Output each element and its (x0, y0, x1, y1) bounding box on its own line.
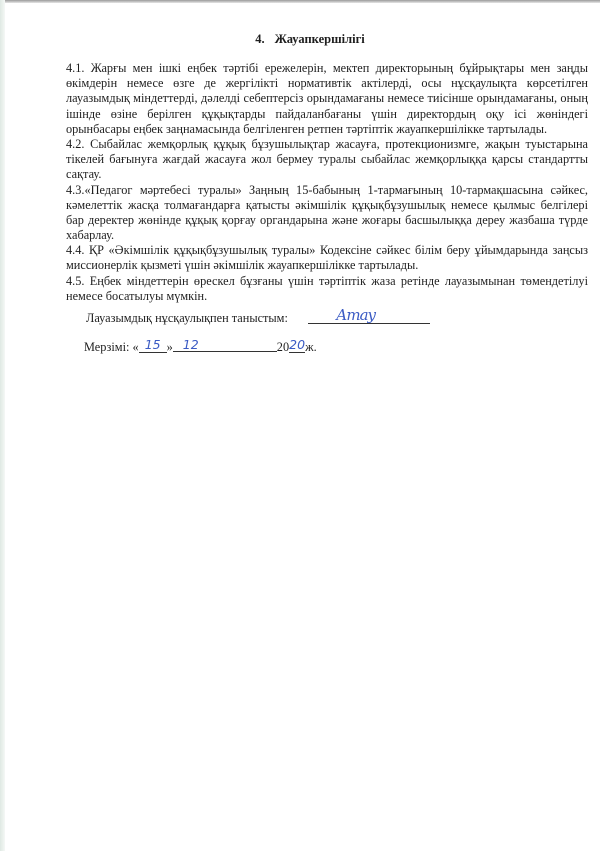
body-line: ішінде өзіне берілген құқықтарды пайдала… (66, 107, 588, 122)
date-label: Мерзімі: « (84, 340, 139, 354)
body-line: немесе босатылуы мүмкін. (66, 289, 588, 304)
date-year-prefix: 20 (277, 340, 289, 354)
date-year-value: 20 (289, 337, 305, 352)
body-line: лауазымдық міндеттерді, дәлелді себептер… (66, 91, 588, 106)
section-body: 4.1. Жарғы мен ішкі еңбек тәртібі ережел… (66, 61, 588, 304)
body-line: миссионерлік қызметі үшін әкімшілік жауа… (66, 258, 588, 273)
date-row: Мерзімі: «15»122020ж. (84, 339, 317, 355)
scan-top-edge (0, 0, 600, 3)
body-line: сақтау. (66, 167, 588, 182)
section-title: 4.Жауапкершілігі (0, 32, 600, 47)
body-line: кәмелеттік жасқа толмағандарға қатысты ә… (66, 198, 588, 213)
section-number: 4. (255, 32, 264, 46)
date-day-value: 15 (145, 337, 161, 352)
body-line: тікелей бағынуға жағдай жасауға жол берм… (66, 152, 588, 167)
date-month-field: 12 (173, 339, 277, 352)
body-line: 4.1. Жарғы мен ішкі еңбек тәртібі ережел… (66, 61, 588, 76)
section-title-text: Жауапкершілігі (275, 32, 365, 46)
handwritten-signature: Атау (336, 306, 375, 324)
body-line: 4.5. Еңбек міндеттерін өрескел бұзғаны ү… (66, 274, 588, 289)
body-line: орынбасары еңбек заңнамасында белгіленге… (66, 122, 588, 137)
body-line: өкімдерін немесе өзге де жергілікті норм… (66, 76, 588, 91)
body-line: 4.2. Сыбайлас жемқорлық құқық бұзушылықт… (66, 137, 588, 152)
body-line: 4.4. ҚР «Әкімшілік құқықбұзушылық туралы… (66, 243, 588, 258)
body-line: 4.3.«Педагог мәртебесі туралы» Заңның 15… (66, 183, 588, 198)
date-day-field: 15 (139, 339, 167, 353)
date-month-value: 12 (183, 337, 199, 352)
acknowledgement-label: Лауазымдық нұсқаулықпен таныстым: (86, 311, 288, 326)
body-line: хабарлау. (66, 228, 588, 243)
body-line: бар деректер жөнінде құқық қорғау органд… (66, 213, 588, 228)
scan-left-edge (0, 0, 5, 851)
date-year-unit: ж. (305, 340, 317, 354)
date-year-field: 20 (289, 339, 305, 353)
